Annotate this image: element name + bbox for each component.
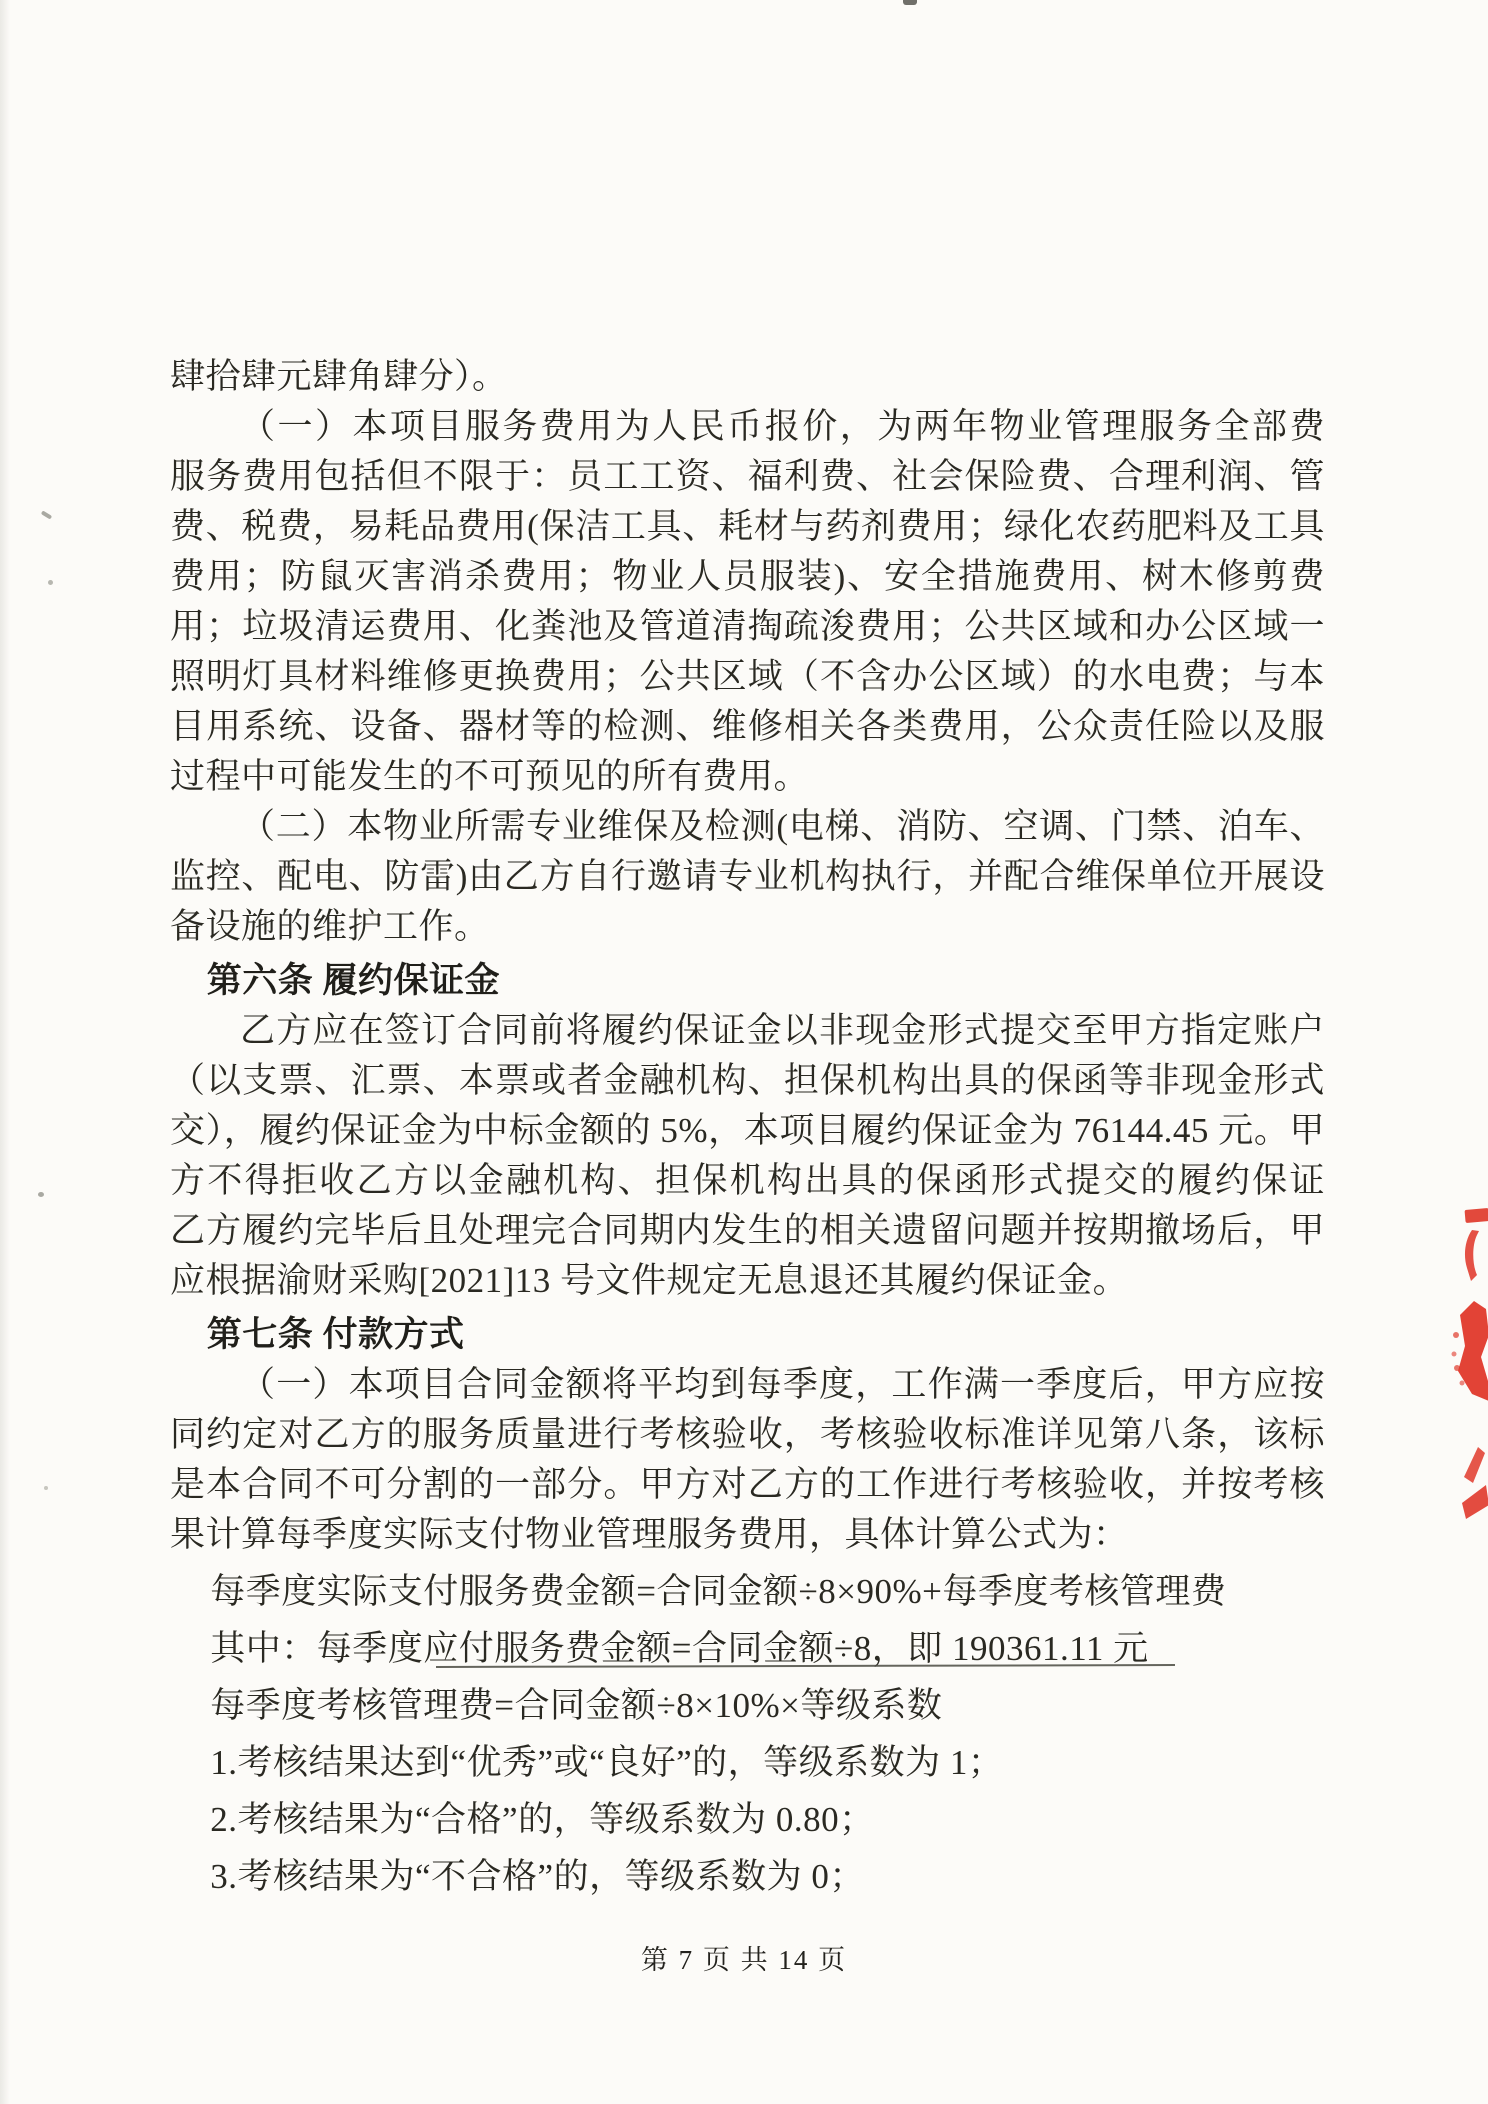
document-page: 肆拾肆元肆角肆分）。（一）本项目服务费用为人民币报价，为两年物业管理服务全部费用…: [0, 0, 1488, 2104]
document-line: 照明灯具材料维修更换费用；公共区域（不含办公区域）的水电费；与本项: [170, 652, 1325, 702]
document-line: 同约定对乙方的服务质量进行考核验收，考核验收标准详见第八条，该标准: [170, 1410, 1325, 1460]
document-body: 肆拾肆元肆角肆分）。（一）本项目服务费用为人民币报价，为两年物业管理服务全部费用…: [170, 352, 1325, 1902]
document-line: 果计算每季度实际支付物业管理服务费用，具体计算公式为：: [170, 1510, 1325, 1560]
document-line: 应根据渝财采购[2021]13 号文件规定无息退还其履约保证金。: [170, 1256, 1325, 1306]
document-line: 目用系统、设备、器材等的检测、维修相关各类费用，公众责任险以及服务: [170, 702, 1325, 752]
document-line: 过程中可能发生的不可预见的所有费用。: [170, 752, 1325, 802]
document-line: 每季度考核管理费=合同金额÷8×10%×等级系数: [170, 1681, 1325, 1731]
document-line: 3.考核结果为“不合格”的，等级系数为 0；: [170, 1852, 1325, 1902]
document-line: （以支票、汇票、本票或者金融机构、担保机构出具的保函等非现金形式提: [170, 1056, 1325, 1106]
document-line: （一）本项目合同金额将平均到每季度，工作满一季度后，甲方应按合: [170, 1360, 1325, 1410]
document-line: 2.考核结果为“合格”的，等级系数为 0.80；: [170, 1795, 1325, 1845]
document-line: 其中：每季度应付服务费金额=合同金额÷8，即 190361.11 元: [170, 1624, 1325, 1674]
document-line: （一）本项目服务费用为人民币报价，为两年物业管理服务全部费用，: [170, 402, 1325, 452]
document-line: 每季度实际支付服务费金额=合同金额÷8×90%+每季度考核管理费: [170, 1567, 1325, 1617]
document-line: 费用；防鼠灭害消杀费用；物业人员服装)、安全措施费用、树木修剪费: [170, 552, 1325, 602]
document-line: 肆拾肆元肆角肆分）。: [170, 352, 1325, 402]
scan-speck: [48, 580, 53, 585]
document-line: （二）本物业所需专业维保及检测(电梯、消防、空调、门禁、泊车、: [170, 802, 1325, 852]
document-line: 用；垃圾清运费用、化粪池及管道清掏疏浚费用；公共区域和办公区域一般: [170, 602, 1325, 652]
document-line: 1.考核结果达到“优秀”或“良好”的，等级系数为 1；: [170, 1738, 1325, 1788]
document-line: 是本合同不可分割的一部分。甲方对乙方的工作进行考核验收，并按考核结: [170, 1460, 1325, 1510]
document-line: 第六条 履约保证金: [170, 956, 1325, 1006]
red-seal-stamp-fragment: [1448, 1185, 1488, 1545]
scan-speck: [44, 1486, 48, 1490]
scan-speck: [903, 0, 917, 5]
scan-speck: [41, 510, 52, 519]
document-line: 费、税费，易耗品费用(保洁工具、耗材与药剂费用；绿化农药肥料及工具: [170, 502, 1325, 552]
document-line: 监控、配电、防雷)由乙方自行邀请专业机构执行，并配合维保单位开展设: [170, 852, 1325, 902]
document-line: 乙方应在签订合同前将履约保证金以非现金形式提交至甲方指定账户: [170, 1006, 1325, 1056]
page-footer: 第 7 页 共 14 页: [0, 1938, 1488, 1977]
scan-speck: [38, 1192, 44, 1197]
document-line: 服务费用包括但不限于：员工工资、福利费、社会保险费、合理利润、管理: [170, 452, 1325, 502]
document-line: 第七条 付款方式: [170, 1310, 1325, 1360]
document-line: 方不得拒收乙方以金融机构、担保机构出具的保函形式提交的履约保证金。: [170, 1156, 1325, 1206]
document-line: 乙方履约完毕后且处理完合同期内发生的相关遗留问题并按期撤场后，甲方: [170, 1206, 1325, 1256]
document-line: 交），履约保证金为中标金额的 5%，本项目履约保证金为 76144.45 元。甲: [170, 1106, 1325, 1156]
document-line: 备设施的维护工作。: [170, 902, 1325, 952]
